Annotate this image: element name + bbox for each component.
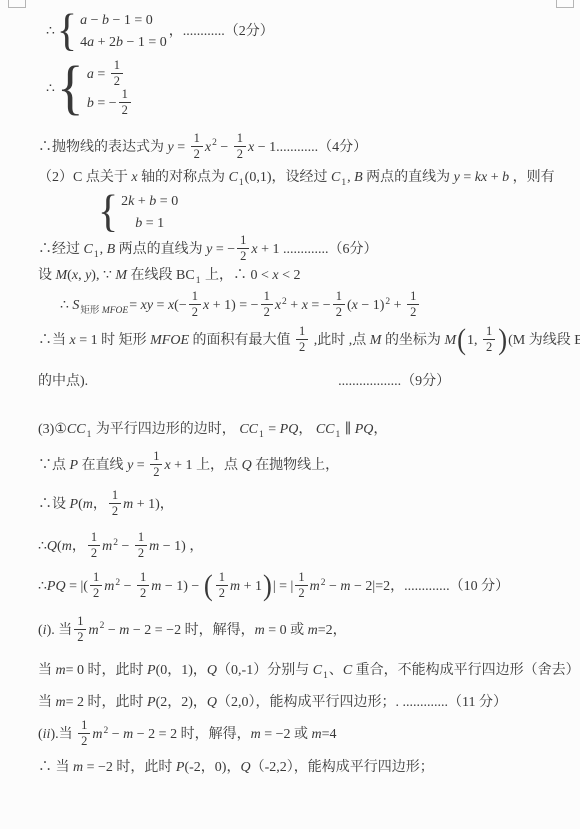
text-run: 或 xyxy=(287,622,308,637)
math-run: 1, xyxy=(467,333,481,348)
superscript: 2 xyxy=(100,621,105,631)
system-row: 4a + 2b − 1 = 0 xyxy=(80,32,167,54)
superscript: 2 xyxy=(321,578,326,588)
fraction-numerator: 1 xyxy=(216,571,228,586)
math-run: − xyxy=(118,539,133,554)
math-run: x + 1 xyxy=(164,457,192,472)
text-run: 当 xyxy=(59,727,77,742)
system-row: a = 12 xyxy=(87,60,125,89)
system-brace-icon: { xyxy=(98,193,118,232)
text-run: ∴当 xyxy=(38,333,70,348)
math-solution-body: ∴{a − b − 1 = 04a + 2b − 1 = 0，.........… xyxy=(38,10,572,780)
system-row: 2k + b = 0 xyxy=(121,191,178,213)
math-run: − xyxy=(120,579,135,594)
text-run: (-2，0)， xyxy=(184,760,240,775)
math-run: = xy = x(− xyxy=(129,298,187,313)
system-kb: {2k + b = 0b = 1 xyxy=(96,191,572,235)
text-run: =4 xyxy=(322,727,337,742)
text-run: (M 为线段 BC xyxy=(508,333,580,348)
text-run: ..................（9分） xyxy=(338,374,450,389)
math-run: Q(m xyxy=(47,539,72,554)
text-run: 设 xyxy=(38,268,56,283)
subscript: 1 xyxy=(87,430,92,440)
fraction: 12 xyxy=(216,571,228,600)
math-run: P xyxy=(147,663,156,678)
math-run: , B xyxy=(347,170,363,185)
text-run: ∴ xyxy=(38,579,47,594)
text-run: ， xyxy=(160,497,174,512)
text-run: 的面积有最大值 xyxy=(189,333,294,348)
fraction: 12 xyxy=(333,290,345,319)
fraction: 12 xyxy=(261,290,273,319)
text-run: ∴设 xyxy=(38,497,70,512)
fraction-denominator: 2 xyxy=(74,630,86,644)
text-run: ， xyxy=(298,422,316,437)
text-run: 的中点). xyxy=(38,374,88,389)
math-run: m − 1) − xyxy=(151,579,203,594)
math-run: y = − xyxy=(206,242,235,257)
fraction: 12 xyxy=(135,531,147,560)
text-run: (2，2)， xyxy=(156,695,207,710)
math-run: C xyxy=(331,170,340,185)
fraction: 12 xyxy=(483,325,495,354)
math-run: m xyxy=(56,663,66,678)
math-run: x + 1 xyxy=(251,242,279,257)
system-rows: a − b − 1 = 04a + 2b − 1 = 0 xyxy=(80,10,167,54)
text-run: 上，∴ xyxy=(201,268,250,283)
document-page: ∴{a − b − 1 = 04a + 2b − 1 = 0，.........… xyxy=(0,0,580,829)
math-run: CC xyxy=(239,422,258,437)
big-paren: ) xyxy=(498,328,507,351)
text-run: 当 xyxy=(55,622,73,637)
fraction: 12 xyxy=(119,88,131,117)
math-run: m xyxy=(104,579,114,594)
fraction-numerator: 1 xyxy=(109,489,121,504)
math-run: (i). xyxy=(38,622,55,637)
text-run: ， xyxy=(373,422,387,437)
fraction-denominator: 2 xyxy=(237,249,249,263)
fraction-numerator: 1 xyxy=(191,132,203,147)
text-run: ，设经过 xyxy=(271,170,331,185)
fraction-denominator: 2 xyxy=(90,586,102,600)
math-run: 2k + b = 0 xyxy=(121,194,178,209)
system-brace-icon: { xyxy=(57,64,84,115)
math-run: x = 1 xyxy=(70,333,98,348)
max-area: ∴当 x = 1 时 矩形 MFOE 的面积有最大值 12 ,此时 ,点 M 的… xyxy=(38,326,572,355)
superscript: 2 xyxy=(212,138,217,148)
math-run: b = − xyxy=(87,96,117,111)
subscript: 1 xyxy=(336,430,341,440)
fraction-denominator: 2 xyxy=(135,546,147,560)
big-paren: ) xyxy=(263,574,272,597)
set-q: ∴Q(m，12m2 − 12m − 1) ， xyxy=(38,532,572,561)
fraction: 12 xyxy=(109,489,121,518)
system-rows: 2k + b = 0b = 1 xyxy=(121,191,178,235)
text-run: =2， xyxy=(318,622,347,637)
fraction-denominator: 2 xyxy=(78,734,90,748)
subscript: 1 xyxy=(94,250,99,260)
text-run: 为平行四边形的边时， xyxy=(92,422,239,437)
subscript: 1 xyxy=(323,671,328,681)
math-run: C xyxy=(313,663,322,678)
math-run: m xyxy=(102,539,112,554)
math-run: m = −2 xyxy=(251,727,291,742)
text-run: 在线段 BC xyxy=(127,268,195,283)
text-run: (0，1)， xyxy=(156,663,207,678)
math-run: = PQ xyxy=(265,422,299,437)
equation-system: {a = 12b = −12 xyxy=(57,60,133,119)
text-run: （0,-1）分别与 xyxy=(217,663,313,678)
math-run: x − 1 xyxy=(248,139,276,154)
math-run: M xyxy=(115,268,127,283)
fraction-denominator: 2 xyxy=(150,465,162,479)
solution-ab: ∴{a = 12b = −12 xyxy=(46,60,572,119)
text-run: ∴经过 xyxy=(38,242,84,257)
pq-distance: ∴PQ = |(12m2 − 12m − 1) − (12m + 1)| = |… xyxy=(38,572,572,601)
big-paren: ( xyxy=(457,328,466,351)
superscript: 2 xyxy=(115,578,120,588)
text-run: 重合，不能构成平行四边形（舍去）; xyxy=(352,663,580,678)
equation-system: {2k + b = 0b = 1 xyxy=(98,191,178,235)
math-run: a − b − 1 = 0 xyxy=(80,13,153,28)
text-run: 在抛物线上， xyxy=(252,457,340,472)
text-run: ∴ xyxy=(38,539,47,554)
case-i-m2: 当 m= 2 时，此时 P(2，2)，Q（2,0），能构成平行四边形；. ...… xyxy=(38,691,572,715)
fraction-numerator: 1 xyxy=(234,132,246,147)
fraction: 12 xyxy=(234,132,246,161)
fraction-denominator: 2 xyxy=(295,586,307,600)
text-run: 当 xyxy=(38,663,56,678)
math-run: 4a + 2b − 1 = 0 xyxy=(80,35,167,50)
text-run: ∴抛物线的表达式为 xyxy=(38,139,168,154)
math-run: x xyxy=(205,139,211,154)
fraction: 12 xyxy=(74,615,86,644)
superscript: 2 xyxy=(282,297,287,307)
scan-corner-mark-left xyxy=(8,0,26,8)
fraction-numerator: 1 xyxy=(333,290,345,305)
math-run: m = 0 xyxy=(255,622,287,637)
math-run: MFOE xyxy=(150,333,189,348)
text-run: ，............（2分） xyxy=(169,24,274,39)
fraction: 12 xyxy=(90,571,102,600)
math-run: ∥ PQ xyxy=(341,422,373,437)
fraction-numerator: 1 xyxy=(119,88,131,103)
fraction: 12 xyxy=(78,719,90,748)
text-run: 的坐标为 xyxy=(381,333,444,348)
fraction-numerator: 1 xyxy=(261,290,273,305)
fraction-denominator: 2 xyxy=(111,74,123,88)
text-run: （2）C 点关于 xyxy=(38,170,131,185)
line-c1b: ∴经过 C1, B 两点的直线为 y = −12x + 1 ..........… xyxy=(38,235,572,264)
subscript: 1 xyxy=(259,430,264,440)
math-run: y = xyxy=(168,139,189,154)
text-run: = 0 时，此时 xyxy=(66,663,147,678)
part2-symmetry: （2）C 点关于 x 轴的对称点为 C1(0,1)，设经过 C1, B 两点的直… xyxy=(38,166,572,191)
fraction: 12 xyxy=(150,450,162,479)
fraction-numerator: 1 xyxy=(74,615,86,630)
math-run: m xyxy=(88,622,98,637)
text-run: 时，此时 xyxy=(113,760,176,775)
big-paren: ( xyxy=(204,574,213,597)
fraction: 12 xyxy=(137,571,149,600)
fraction-denominator: 2 xyxy=(109,504,121,518)
text-run: 或 xyxy=(291,727,312,742)
fraction-numerator: 1 xyxy=(150,450,162,465)
text-run: 时，解得， xyxy=(177,727,251,742)
text-run: ， xyxy=(186,539,204,554)
case-ii: (ii).当 12m2 − m − 2 = 2 时，解得，m = −2 或 m=… xyxy=(38,720,572,749)
p-on-line: ∵点 P 在直线 y = 12x + 1 上，点 Q 在抛物线上， xyxy=(38,451,572,480)
midpoint-note: 的中点)...................（9分） xyxy=(38,370,572,394)
text-run: ，.............（10 分） xyxy=(390,579,509,594)
fraction-numerator: 1 xyxy=(137,571,149,586)
fraction-numerator: 1 xyxy=(135,531,147,546)
case-ii-m-neg2: ∴ 当 m = −2 时，此时 P(-2，0)，Q（-2,2），能构成平行四边形… xyxy=(38,756,572,780)
math-run: | = | xyxy=(273,579,294,594)
math-run: (ii). xyxy=(38,727,59,742)
text-run: ∴ xyxy=(60,298,72,313)
setup-m: 设 M(x, y), ∵ M 在线段 BC1 上，∴ 0 < x < 2 xyxy=(38,264,572,289)
case-i: (i). 当12m2 − m − 2 = −2 时，解得，m = 0 或 m=2… xyxy=(38,616,572,645)
text-run: 两点的直线为 xyxy=(115,242,206,257)
fraction: 12 xyxy=(111,59,123,88)
fraction: 12 xyxy=(407,290,419,319)
text-run: ............（4分） xyxy=(276,139,367,154)
text-run: （-2,2），能构成平行四边形； xyxy=(251,760,434,775)
scan-corner-mark-right xyxy=(556,0,574,8)
math-run: b = 1 xyxy=(135,216,164,231)
fraction-denominator: 2 xyxy=(191,147,203,161)
math-run: m xyxy=(92,727,102,742)
text-run: 当 xyxy=(38,695,56,710)
text-run: ∴ xyxy=(46,81,55,96)
math-run: P xyxy=(70,457,79,472)
fraction-denominator: 2 xyxy=(189,305,201,319)
fraction-numerator: 1 xyxy=(296,325,308,340)
math-run: PQ = |( xyxy=(47,579,88,594)
text-run: 、 xyxy=(329,663,343,678)
system-rows: a = 12b = −12 xyxy=(87,60,133,119)
math-run: Q xyxy=(207,695,217,710)
math-run: , B xyxy=(100,242,116,257)
text-run: 两点的直线为 xyxy=(363,170,454,185)
math-run: (0,1) xyxy=(245,170,272,185)
math-run: m xyxy=(312,727,322,742)
math-run: m xyxy=(310,579,320,594)
math-run: 0 < x < 2 xyxy=(250,268,300,283)
text-run: ， xyxy=(93,497,107,512)
math-run: − m − 2|=2 xyxy=(325,579,390,594)
math-run: m xyxy=(308,622,318,637)
system-brace-icon: { xyxy=(57,13,77,52)
math-run: − m − 2 = −2 xyxy=(104,622,181,637)
math-run: C xyxy=(229,170,238,185)
fraction-denominator: 2 xyxy=(483,340,495,354)
math-run: Q xyxy=(240,760,250,775)
math-run: m + 1) xyxy=(123,497,160,512)
text-run: ∴ 当 xyxy=(38,760,73,775)
math-run: C xyxy=(84,242,93,257)
math-run: m + 1 xyxy=(230,579,262,594)
fraction: 12 xyxy=(191,132,203,161)
math-run: − xyxy=(217,139,232,154)
text-run: （2,0），能构成平行四边形；. .............（11 分） xyxy=(217,695,507,710)
system-row: b = −12 xyxy=(87,89,133,118)
equation-system: {a − b − 1 = 04a + 2b − 1 = 0 xyxy=(57,10,167,54)
math-run: x + 1) = − xyxy=(203,298,259,313)
math-run: M xyxy=(444,333,456,348)
text-run: = 2 时，此时 xyxy=(66,695,147,710)
subscript: 矩形 MFOE xyxy=(80,306,128,316)
text-run: 轴的对称点为 xyxy=(138,170,229,185)
math-run: M(x, y) xyxy=(56,268,96,283)
fraction-denominator: 2 xyxy=(88,546,100,560)
text-run: 在直线 xyxy=(78,457,127,472)
system-row: a − b − 1 = 0 xyxy=(80,10,153,32)
fraction-numerator: 1 xyxy=(237,234,249,249)
fraction-numerator: 1 xyxy=(88,531,100,546)
fraction-denominator: 2 xyxy=(137,586,149,600)
math-run: m = −2 xyxy=(73,760,113,775)
math-run: a = xyxy=(87,67,109,82)
fraction-numerator: 1 xyxy=(189,290,201,305)
math-run: P xyxy=(147,695,156,710)
text-run: ， xyxy=(72,539,86,554)
equation-system-ab: ∴{a − b − 1 = 04a + 2b − 1 = 0，.........… xyxy=(46,10,572,54)
text-run: ,此时 ,点 xyxy=(310,333,370,348)
fraction-numerator: 1 xyxy=(483,325,495,340)
parabola-expression: ∴抛物线的表达式为 y = 12x2 − 12x − 1............… xyxy=(38,133,572,162)
math-run: + x = − xyxy=(287,298,331,313)
math-run: C xyxy=(343,663,352,678)
fraction-denominator: 2 xyxy=(234,147,246,161)
fraction-numerator: 1 xyxy=(90,571,102,586)
fraction-denominator: 2 xyxy=(407,305,419,319)
fraction-denominator: 2 xyxy=(333,305,345,319)
superscript: 2 xyxy=(113,538,118,548)
math-run: S xyxy=(72,298,79,313)
fraction-denominator: 2 xyxy=(216,586,228,600)
text-run: , ∵ xyxy=(96,268,115,283)
math-run: m − 1) xyxy=(149,539,186,554)
fraction: 12 xyxy=(295,571,307,600)
math-run: m xyxy=(56,695,66,710)
text-run: ∵点 xyxy=(38,457,70,472)
math-run: CC xyxy=(316,422,335,437)
fraction: 12 xyxy=(189,290,201,319)
math-run: Q xyxy=(242,457,252,472)
fraction-numerator: 1 xyxy=(407,290,419,305)
fraction-numerator: 1 xyxy=(111,59,123,74)
text-run: 时，解得， xyxy=(181,622,255,637)
fraction: 12 xyxy=(237,234,249,263)
math-run: y = xyxy=(127,457,148,472)
system-row: b = 1 xyxy=(135,213,164,235)
text-run: ∴ xyxy=(46,24,55,39)
math-run: + xyxy=(390,298,405,313)
fraction-denominator: 2 xyxy=(119,103,131,117)
fraction-denominator: 2 xyxy=(296,340,308,354)
set-p: ∴设 P(m，12m + 1)， xyxy=(38,490,572,519)
math-run: y = kx + b xyxy=(454,170,509,185)
fraction-numerator: 1 xyxy=(78,719,90,734)
text-run: (3)① xyxy=(38,422,67,437)
text-run: 上，点 xyxy=(193,457,242,472)
part3-parallelogram-edge: (3)①CC1 为平行四边形的边时， CC1 = PQ， CC1 ∥ PQ， xyxy=(38,418,572,443)
math-run: P(m xyxy=(70,497,93,512)
superscript: 2 xyxy=(104,726,109,736)
fraction: 12 xyxy=(296,325,308,354)
math-run: x xyxy=(275,298,281,313)
math-run: − m − 2 = 2 xyxy=(108,727,177,742)
subscript: 1 xyxy=(341,178,346,188)
rect-area-formula: ∴ S矩形 MFOE= xy = x(−12x + 1) = −12x2 + x… xyxy=(60,291,572,320)
fraction-numerator: 1 xyxy=(295,571,307,586)
math-run: (x − 1) xyxy=(347,298,384,313)
subscript: 1 xyxy=(196,276,201,286)
case-i-m0: 当 m= 0 时，此时 P(0，1)，Q（0,-1）分别与 C1、C 重合，不能… xyxy=(38,659,572,684)
text-run: 时 矩形 xyxy=(98,333,151,348)
math-run: CC xyxy=(67,422,86,437)
math-run: Q xyxy=(207,663,217,678)
text-run: .............（6分） xyxy=(280,242,378,257)
math-run: M xyxy=(370,333,382,348)
fraction-denominator: 2 xyxy=(261,305,273,319)
fraction: 12 xyxy=(88,531,100,560)
superscript: 2 xyxy=(385,297,390,307)
subscript: 1 xyxy=(239,178,244,188)
text-run: ，则有 xyxy=(509,170,555,185)
